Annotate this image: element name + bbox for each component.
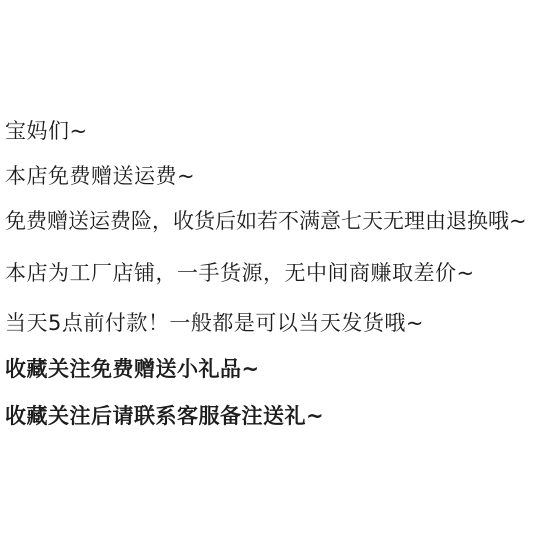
notice-line-factory-store: 本店为工厂店铺，一手货源，无中间商赚取差价~ [5, 260, 548, 286]
notice-line-moms-greeting: 宝妈们~ [5, 118, 548, 144]
notice-line-shipping-insurance-returns: 免费赠送运费险，收货后如若不满意七天无理由退换哦~ [5, 208, 548, 234]
product-description-image: 宝妈们~ 本店免费赠送运费~ 免费赠送运费险，收货后如若不满意七天无理由退换哦~… [0, 0, 550, 550]
notice-line-free-shipping: 本店免费赠送运费~ [5, 163, 548, 189]
notice-line-favorite-free-gift: 收藏关注免费赠送小礼品~ [5, 356, 548, 382]
notice-line-same-day-shipping: 当天5点前付款！一般都是可以当天发货哦~ [5, 310, 548, 336]
notice-line-contact-service-gift-note: 收藏关注后请联系客服备注送礼~ [5, 403, 548, 429]
